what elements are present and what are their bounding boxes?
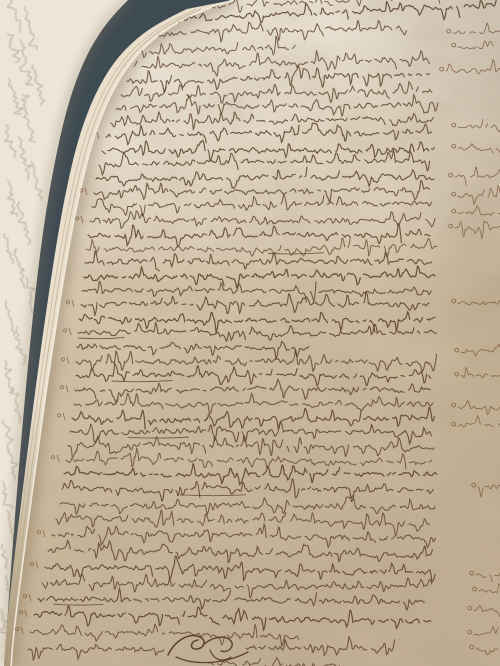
manuscript-scene xyxy=(0,0,500,666)
photo-vignette xyxy=(0,0,500,666)
manuscript-photo: Photograph of an open medieval manuscrip… xyxy=(0,0,500,666)
